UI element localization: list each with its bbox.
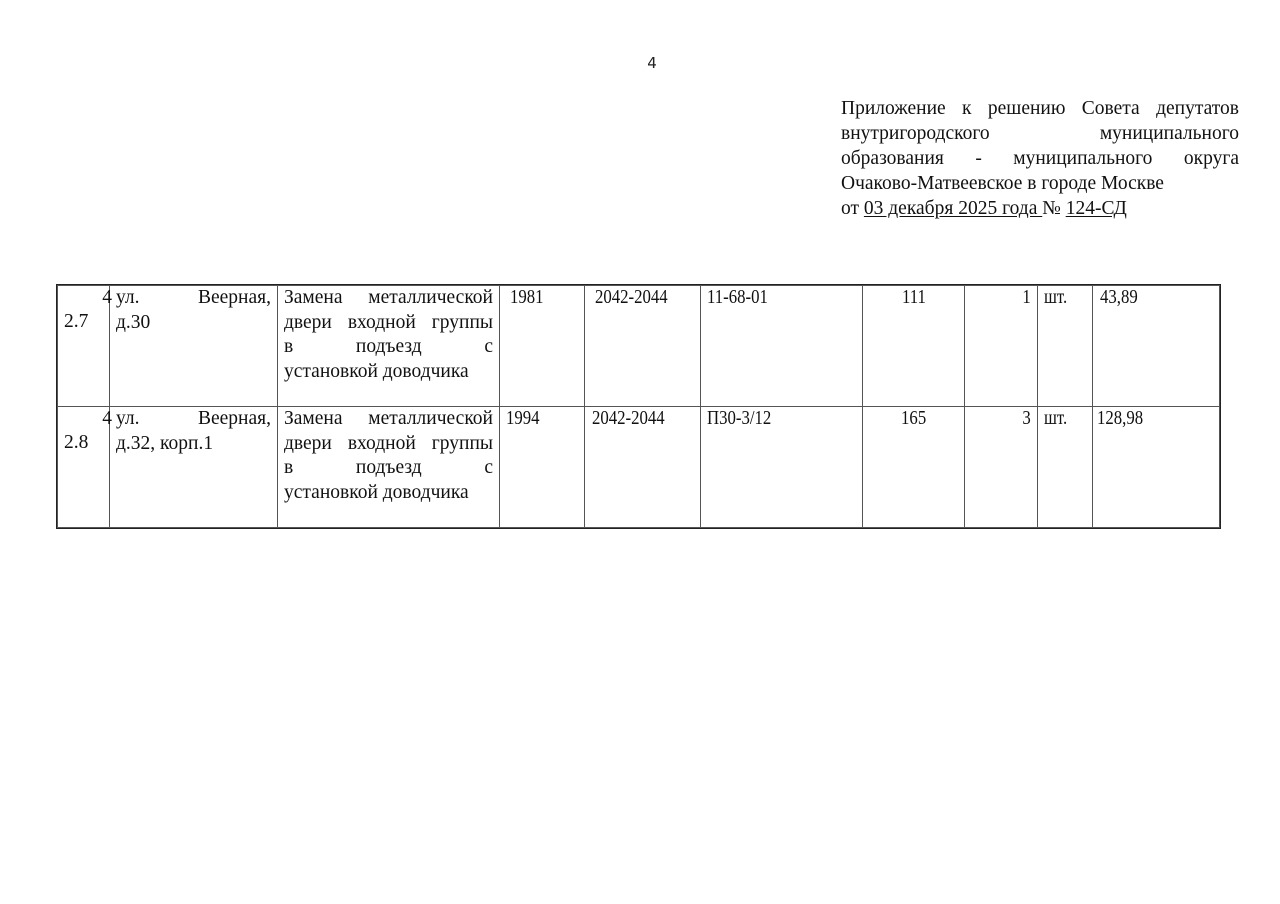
period: 2042-2044 (595, 286, 668, 311)
year: 1994 (506, 407, 540, 432)
period: 2042-2044 (592, 407, 665, 432)
appendix-header: Приложение к решению Совета депутатов вн… (841, 96, 1239, 221)
work-line-4: установкой доводчика (284, 360, 493, 385)
value: 165 (901, 407, 926, 432)
number-sign: № (1042, 198, 1065, 219)
item-number-cell: 4 2.8 (58, 407, 110, 528)
work-line-1: Замена металлической (284, 407, 493, 432)
work-line-1: Замена металлической (284, 286, 493, 311)
address-cell: ул. Веерная, д.32, корп.1 (110, 407, 278, 528)
period-cell: 2042-2044 (585, 407, 701, 528)
cost: 128,98 (1097, 407, 1143, 432)
appendix-line-3: образования - муниципального округа (841, 146, 1239, 171)
item-number: 2.7 (64, 310, 103, 335)
year-cell: 1994 (500, 407, 585, 528)
work-description-cell: Замена металлической двери входной групп… (278, 286, 500, 407)
unit-cell: шт. (1038, 286, 1093, 407)
unit-cell: шт. (1038, 407, 1093, 528)
value-cell: 165 (863, 407, 965, 528)
work-line-3: в подъезд с (284, 335, 493, 360)
work-line-4: установкой доводчика (284, 481, 493, 506)
work-line-2: двери входной группы (284, 311, 493, 336)
value-cell: 111 (863, 286, 965, 407)
item-number-cell: 4 2.7 (58, 286, 110, 407)
works-table: 4 2.7 ул. Веерная, д.30 Замена металличе… (57, 285, 1220, 528)
value: 111 (902, 286, 926, 311)
cost-cell: 128,98 (1093, 407, 1220, 528)
column-index: 4 (102, 286, 112, 311)
period-cell: 2042-2044 (585, 286, 701, 407)
decision-date: 03 декабря 2025 года (864, 198, 1042, 219)
decision-number: 124-СД (1066, 198, 1127, 219)
code-cell: 11-68-01 (701, 286, 863, 407)
address-line-1: ул. Веерная, (116, 407, 271, 432)
code: П30-3/12 (707, 407, 771, 432)
appendix-date-line: от 03 декабря 2025 года № 124-СД (841, 196, 1239, 221)
address-cell: ул. Веерная, д.30 (110, 286, 278, 407)
quantity-cell: 3 (965, 407, 1038, 528)
address-line-1: ул. Веерная, (116, 286, 271, 311)
work-description-cell: Замена металлической двери входной групп… (278, 407, 500, 528)
appendix-line-4: Очаково-Матвеевское в городе Москве (841, 171, 1239, 196)
quantity-cell: 1 (965, 286, 1038, 407)
table-row: 4 2.7 ул. Веерная, д.30 Замена металличе… (58, 286, 1220, 407)
cost-cell: 43,89 (1093, 286, 1220, 407)
year-cell: 1981 (500, 286, 585, 407)
unit: шт. (1044, 407, 1067, 432)
table-row: 4 2.8 ул. Веерная, д.32, корп.1 Замена м… (58, 407, 1220, 528)
page-number: 4 (640, 54, 664, 72)
appendix-line-1: Приложение к решению Совета депутатов (841, 96, 1239, 121)
cost: 43,89 (1100, 286, 1138, 311)
column-index: 4 (102, 407, 112, 432)
work-line-2: двери входной группы (284, 432, 493, 457)
item-number: 2.8 (64, 431, 103, 456)
quantity: 1 (1023, 286, 1031, 311)
address-line-2: д.30 (116, 311, 271, 336)
appendix-line-2: внутригородского муниципального (841, 121, 1239, 146)
address-line-2: д.32, корп.1 (116, 432, 271, 457)
unit: шт. (1044, 286, 1067, 311)
year: 1981 (510, 286, 544, 311)
work-line-3: в подъезд с (284, 456, 493, 481)
code: 11-68-01 (707, 286, 768, 311)
date-prefix: от (841, 198, 864, 219)
quantity: 3 (1023, 407, 1031, 432)
code-cell: П30-3/12 (701, 407, 863, 528)
